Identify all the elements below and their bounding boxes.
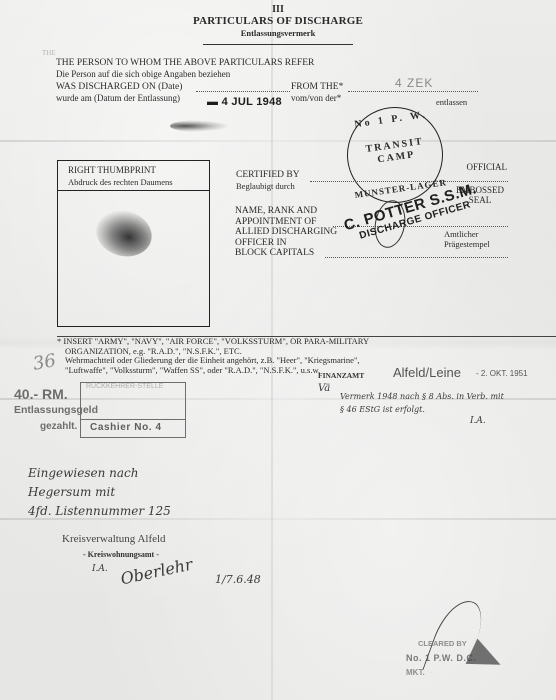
discharge-date-label-en: WAS DISCHARGED ON (Date) [56,82,182,92]
housing-stamp-subtitle: - Kreiswohnungsamt - [83,550,159,559]
discharge-date-label-de: wurde am (Datum der Entlassung) [56,93,180,103]
thumbprint-header: RIGHT THUMBPRINT Abdruck des rechten Dau… [58,161,209,191]
officer-dotted-line-2 [325,257,508,258]
from-label-en: FROM THE* [291,82,343,92]
from-dotted-line [348,91,478,92]
cashier-number: Cashier No. 4 [90,422,162,433]
housing-signed-prefix: I.A. [92,564,108,574]
payment-status: gezahlt. [40,421,77,432]
from-label-de: vom/von der* [291,93,341,103]
from-unit-handwritten: 4 ZEK [395,76,433,90]
finanzamt-signed: I.A. [470,416,486,426]
section-number: III [0,4,556,15]
title-underline [203,44,353,45]
ghost-text: THE [42,49,56,57]
page-subtitle: Entlassungsvermerk [0,28,556,38]
handwritten-number: 36 [31,350,57,375]
thumbprint-label-en: RIGHT THUMBPRINT [68,165,156,175]
finanzamt-label: FINANZAMT [318,371,364,380]
thumbprint-mark [91,205,157,263]
cashier-stamp-header: RÜCKKEHRER-STELLE [86,383,163,390]
person-label-en: THE PERSON TO WHOM THE ABOVE PARTICULARS… [56,58,314,68]
paper-fold [0,518,556,520]
stamp-camp-number: No 1 P. W. [343,108,440,132]
housing-signature: Oberlehr [119,555,194,589]
date-dotted-line [196,91,290,92]
ink-smudge [170,120,230,132]
housing-note-line-1: Eingewiesen nach [28,466,138,480]
finanzamt-note-line-2: § 46 EStG ist erfolgt. [340,405,425,414]
finanzamt-date: - 2. OKT. 1951 [476,369,528,378]
payment-type: Entlassungsgeld [14,404,98,416]
finanzamt-city: Alfeld/Leine [393,365,461,380]
payment-amount: 40.- RM. [14,386,68,402]
paper-fold [0,140,556,142]
discharge-date-value: 4 JUL 1948 [222,96,282,108]
entlassen-label: entlassen [436,97,467,107]
discharge-date-stamp: ▬ 4 JUL 1948 [207,96,282,108]
discharge-document-page: III PARTICULARS OF DISCHARGE Entlassungs… [0,0,556,700]
finanzamt-initials: Vä [318,383,330,394]
seal-label-de: Amtlicher Prägestempel [444,229,490,249]
housing-stamp-title: Kreisverwaltung Alfeld [62,533,166,545]
finanzamt-note-line-1: Vermerk 1948 nach § 8 Abs. in Verb. mit [340,392,504,401]
person-label-de: Die Person auf die sich obige Angaben be… [56,69,230,79]
housing-note-line-2: Hegersum mit [28,485,115,499]
certified-by-label-en: CERTIFIED BY [236,170,300,180]
housing-note-line-3: 4fd. Listennummer 125 [28,504,171,518]
page-title: PARTICULARS OF DISCHARGE [0,15,556,27]
thumbprint-box: RIGHT THUMBPRINT Abdruck des rechten Dau… [57,160,210,327]
certified-by-label-de: Beglaubigt durch [236,181,295,191]
thumbprint-label-de: Abdruck des rechten Daumens [68,177,173,187]
seal-official-label: OFFICIAL [459,162,507,172]
officer-name-label: NAME, RANK AND APPOINTMENT OF ALLIED DIS… [235,206,337,259]
housing-date: 1/7.6.48 [215,573,261,586]
